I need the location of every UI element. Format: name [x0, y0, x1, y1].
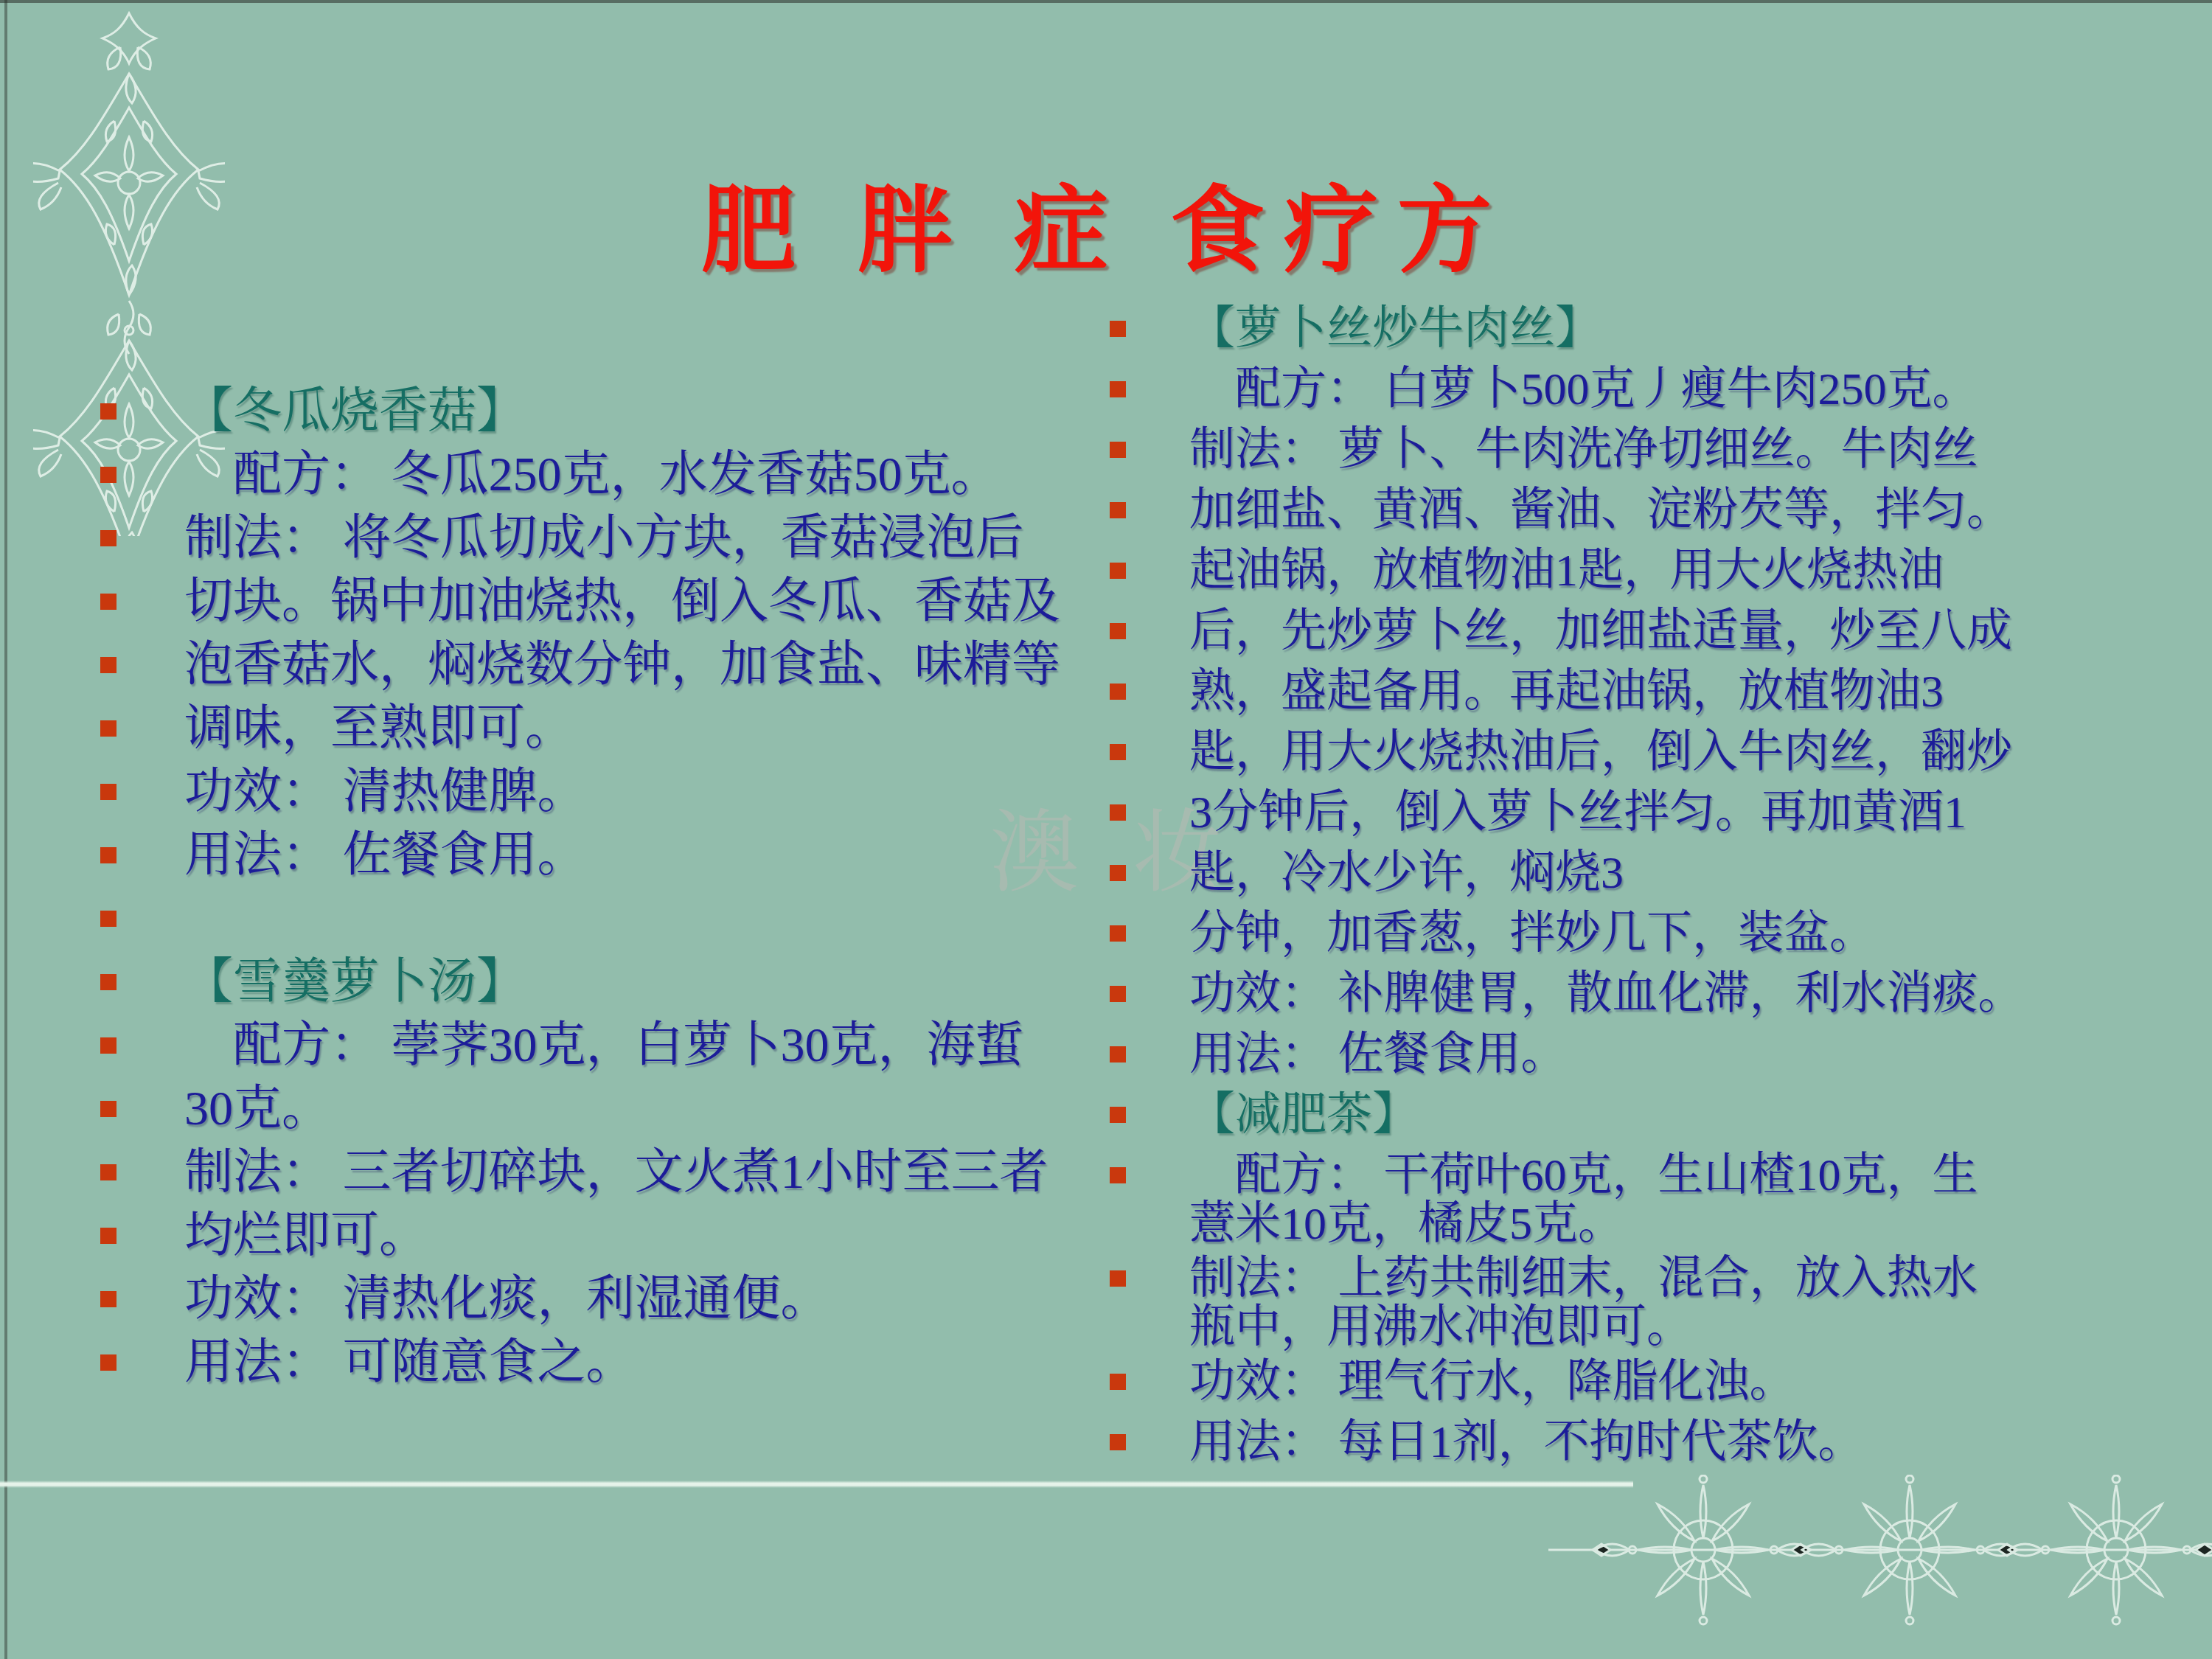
recipe-line-row: 3分钟后，倒入萝卜丝拌匀。再加黄酒1: [1102, 782, 2212, 843]
recipe-section-title: 【减肥茶】: [1189, 1085, 1418, 1145]
recipe-line-row: 加细盐、黄酒、酱油、淀粉芡等，拌匀。: [1102, 480, 2212, 540]
recipe-line-row: 泡香菇水，焖烧数分钟，加食盐、味精等: [96, 633, 1143, 697]
recipe-text: 用法： 佐餐食用。: [1189, 1024, 1567, 1085]
recipe-line-row: 制法： 三者切碎块，文火煮1小时至三者: [96, 1141, 1143, 1204]
bullet-square-icon: [1110, 321, 1126, 337]
bullet-square-icon: [100, 911, 116, 927]
bullet-square-icon: [100, 1228, 116, 1244]
bullet-square-icon: [100, 974, 116, 990]
recipe-line-row: 后，先炒萝卜丝，加细盐适量，炒至八成: [1102, 601, 2212, 661]
presentation-slide: 澳妆 肥 胖 症 食疗方 【冬瓜烧香菇】 配方： 冬瓜250克，水发香菇50克。…: [0, 0, 2212, 1659]
recipe-line-row: 功效： 补脾健胃，散血化滞，利水消痰。: [1102, 964, 2212, 1024]
recipe-line-row: 配方： 冬瓜250克，水发香菇50克。: [96, 443, 1143, 507]
recipe-text: 功效： 清热化痰，利湿通便。: [184, 1267, 829, 1331]
recipe-line-row: 匙，用大火烧热油后，倒入牛肉丝，翻炒: [1102, 722, 2212, 782]
recipe-text: 分钟，加香葱，拌妙几下，装盆。: [1189, 903, 1875, 964]
recipe-text: 匙，用大火烧热油后，倒入牛肉丝，翻炒: [1189, 722, 2012, 782]
recipe-text: 制法： 将冬瓜切成小方块，香菇浸泡后: [184, 507, 1024, 570]
bullet-square-icon: [100, 1354, 116, 1371]
bullet-square-icon: [100, 594, 116, 610]
bullet-square-icon: [100, 403, 116, 420]
bullet-square-icon: [1110, 925, 1126, 942]
recipe-line-row: 匙，冷水少许，焖烧3: [1102, 843, 2212, 903]
recipe-text: 匙，冷水少许，焖烧3: [1189, 843, 1624, 903]
recipe-section-title: 【冬瓜烧香菇】: [184, 380, 525, 443]
recipe-text: 配方： 冬瓜250克，水发香菇50克。: [184, 443, 1000, 507]
bullet-square-icon: [1110, 865, 1126, 881]
recipe-text: 3分钟后，倒入萝卜丝拌匀。再加黄酒1: [1189, 782, 1966, 843]
bullet-square-icon: [100, 1037, 116, 1054]
recipe-text: 制法： 萝卜、牛肉洗净切细丝。牛肉丝: [1189, 420, 1978, 480]
recipe-text: 加细盐、黄酒、酱油、淀粉芡等，拌匀。: [1189, 480, 2012, 540]
slide-title: 肥 胖 症 食疗方: [0, 155, 2212, 291]
bullet-square-icon: [100, 784, 116, 800]
bullet-square-icon: [1110, 1107, 1126, 1123]
recipe-line-row: 功效： 清热化痰，利湿通便。: [96, 1267, 1143, 1331]
bullet-square-icon: [100, 847, 116, 863]
recipe-text: 配方： 荸荠30克，白萝卜30克，海蜇: [184, 1014, 1024, 1077]
footer-divider-line: [0, 1481, 1633, 1488]
bullet-square-icon: [1110, 381, 1126, 397]
recipe-text: 泡香菇水，焖烧数分钟，加食盐、味精等: [184, 633, 1060, 697]
recipe-line-row: 配方： 白萝卜500克丿瘦牛肉250克。: [1102, 359, 2212, 420]
recipe-text: 起油锅，放植物油1匙，用大火烧热油: [1189, 540, 1944, 601]
bullet-square-icon: [1110, 744, 1126, 760]
recipe-line-row: 分钟，加香葱，拌妙几下，装盆。: [1102, 903, 2212, 964]
bullet-square-icon: [100, 720, 116, 737]
recipe-text: 均烂即可。: [184, 1204, 428, 1267]
bullet-square-icon: [1110, 502, 1126, 518]
recipe-text: 熟，盛起备用。再起油锅，放植物油3: [1189, 661, 1944, 722]
bullet-square-icon: [1110, 986, 1126, 1002]
left-recipe-column: 【冬瓜烧香菇】 配方： 冬瓜250克，水发香菇50克。制法： 将冬瓜切成小方块，…: [96, 380, 1143, 1394]
recipe-text: 后，先炒萝卜丝，加细盐适量，炒至八成: [1189, 601, 2012, 661]
slide-top-border: [0, 0, 2212, 3]
recipe-header-row: 【雪羹萝卜汤】: [96, 950, 1143, 1014]
bullet-square-icon: [1110, 563, 1126, 579]
bullet-square-icon: [1110, 442, 1126, 458]
recipe-text: 功效： 理气行水，降脂化浊。: [1189, 1352, 1795, 1412]
recipe-header-row: 【萝卜丝炒牛肉丝】: [1102, 299, 2212, 359]
recipe-line-row: 用法： 可随意食之。: [96, 1331, 1143, 1394]
recipe-line-row: 功效： 理气行水，降脂化浊。: [1102, 1352, 2212, 1412]
recipe-line-row: 调味，至熟即可。: [96, 697, 1143, 760]
recipe-line-row: 制法： 上药共制细末，混合，放入热水瓶中，用沸水冲泡即可。: [1102, 1248, 2212, 1352]
recipe-text: 配方： 干荷叶60克，生山楂10克，生薏米10克，橘皮5克。: [1189, 1145, 1978, 1248]
recipe-text: 制法： 上药共制细末，混合，放入热水瓶中，用沸水冲泡即可。: [1189, 1248, 1978, 1352]
bullet-square-icon: [1110, 1434, 1126, 1450]
recipe-text: 切块。锅中加油烧热，倒入冬瓜、香菇及: [184, 570, 1060, 633]
recipe-header-row: 【冬瓜烧香菇】: [96, 380, 1143, 443]
recipe-text: 功效： 补脾健胃，散血化滞，利水消痰。: [1189, 964, 2024, 1024]
recipe-line-row: 熟，盛起备用。再起油锅，放植物油3: [1102, 661, 2212, 722]
bullet-square-icon: [100, 1164, 116, 1180]
recipe-text: 配方： 白萝卜500克丿瘦牛肉250克。: [1189, 359, 1978, 420]
recipe-line-row: 制法： 将冬瓜切成小方块，香菇浸泡后: [96, 507, 1143, 570]
recipe-text: 用法： 每日1剂，不拘时代茶饮。: [1189, 1412, 1864, 1472]
bullet-square-icon: [1110, 623, 1126, 639]
recipe-line-row: 起油锅，放植物油1匙，用大火烧热油: [1102, 540, 2212, 601]
recipe-text: 调味，至熟即可。: [184, 697, 574, 760]
recipe-line-row: 30克。: [96, 1077, 1143, 1141]
recipe-section-title: 【雪羹萝卜汤】: [184, 950, 525, 1014]
bullet-square-icon: [1110, 1374, 1126, 1390]
recipe-line-row: 用法： 每日1剂，不拘时代茶饮。: [1102, 1412, 2212, 1472]
bullet-square-icon: [100, 1101, 116, 1117]
bullet-square-icon: [1110, 684, 1126, 700]
bullet-square-icon: [100, 467, 116, 483]
recipe-line-row: 切块。锅中加油烧热，倒入冬瓜、香菇及: [96, 570, 1143, 633]
bullet-square-icon: [1110, 1046, 1126, 1062]
recipe-line-row: 用法： 佐餐食用。: [1102, 1024, 2212, 1085]
recipe-text: 用法： 可随意食之。: [184, 1331, 635, 1394]
bullet-square-icon: [100, 1291, 116, 1307]
bullet-square-icon: [1110, 804, 1126, 821]
recipe-line-row: 用法： 佐餐食用。: [96, 824, 1143, 887]
bullet-square-icon: [100, 657, 116, 673]
recipe-text: 用法： 佐餐食用。: [184, 824, 586, 887]
bullet-square-icon: [1110, 1270, 1126, 1287]
recipe-text: 30克。: [184, 1077, 330, 1141]
recipe-line-row: 功效： 清热健脾。: [96, 760, 1143, 824]
recipe-section-title: 【萝卜丝炒牛肉丝】: [1189, 299, 1601, 359]
recipe-line-row: 均烂即可。: [96, 1204, 1143, 1267]
recipe-text: 制法： 三者切碎块，文火煮1小时至三者: [184, 1141, 1048, 1204]
bullet-square-icon: [100, 530, 116, 546]
right-recipe-column: 【萝卜丝炒牛肉丝】 配方： 白萝卜500克丿瘦牛肉250克。制法： 萝卜、牛肉洗…: [1102, 299, 2212, 1472]
empty-bullet-row: [96, 887, 1143, 950]
bullet-square-icon: [1110, 1167, 1126, 1183]
recipe-text: 功效： 清热健脾。: [184, 760, 586, 824]
recipe-line-row: 制法： 萝卜、牛肉洗净切细丝。牛肉丝: [1102, 420, 2212, 480]
recipe-header-row: 【减肥茶】: [1102, 1085, 2212, 1145]
recipe-line-row: 配方： 荸荠30克，白萝卜30克，海蜇: [96, 1014, 1143, 1077]
lace-band-ornament-icon: [1548, 1475, 2212, 1633]
recipe-line-row: 配方： 干荷叶60克，生山楂10克，生薏米10克，橘皮5克。: [1102, 1145, 2212, 1248]
